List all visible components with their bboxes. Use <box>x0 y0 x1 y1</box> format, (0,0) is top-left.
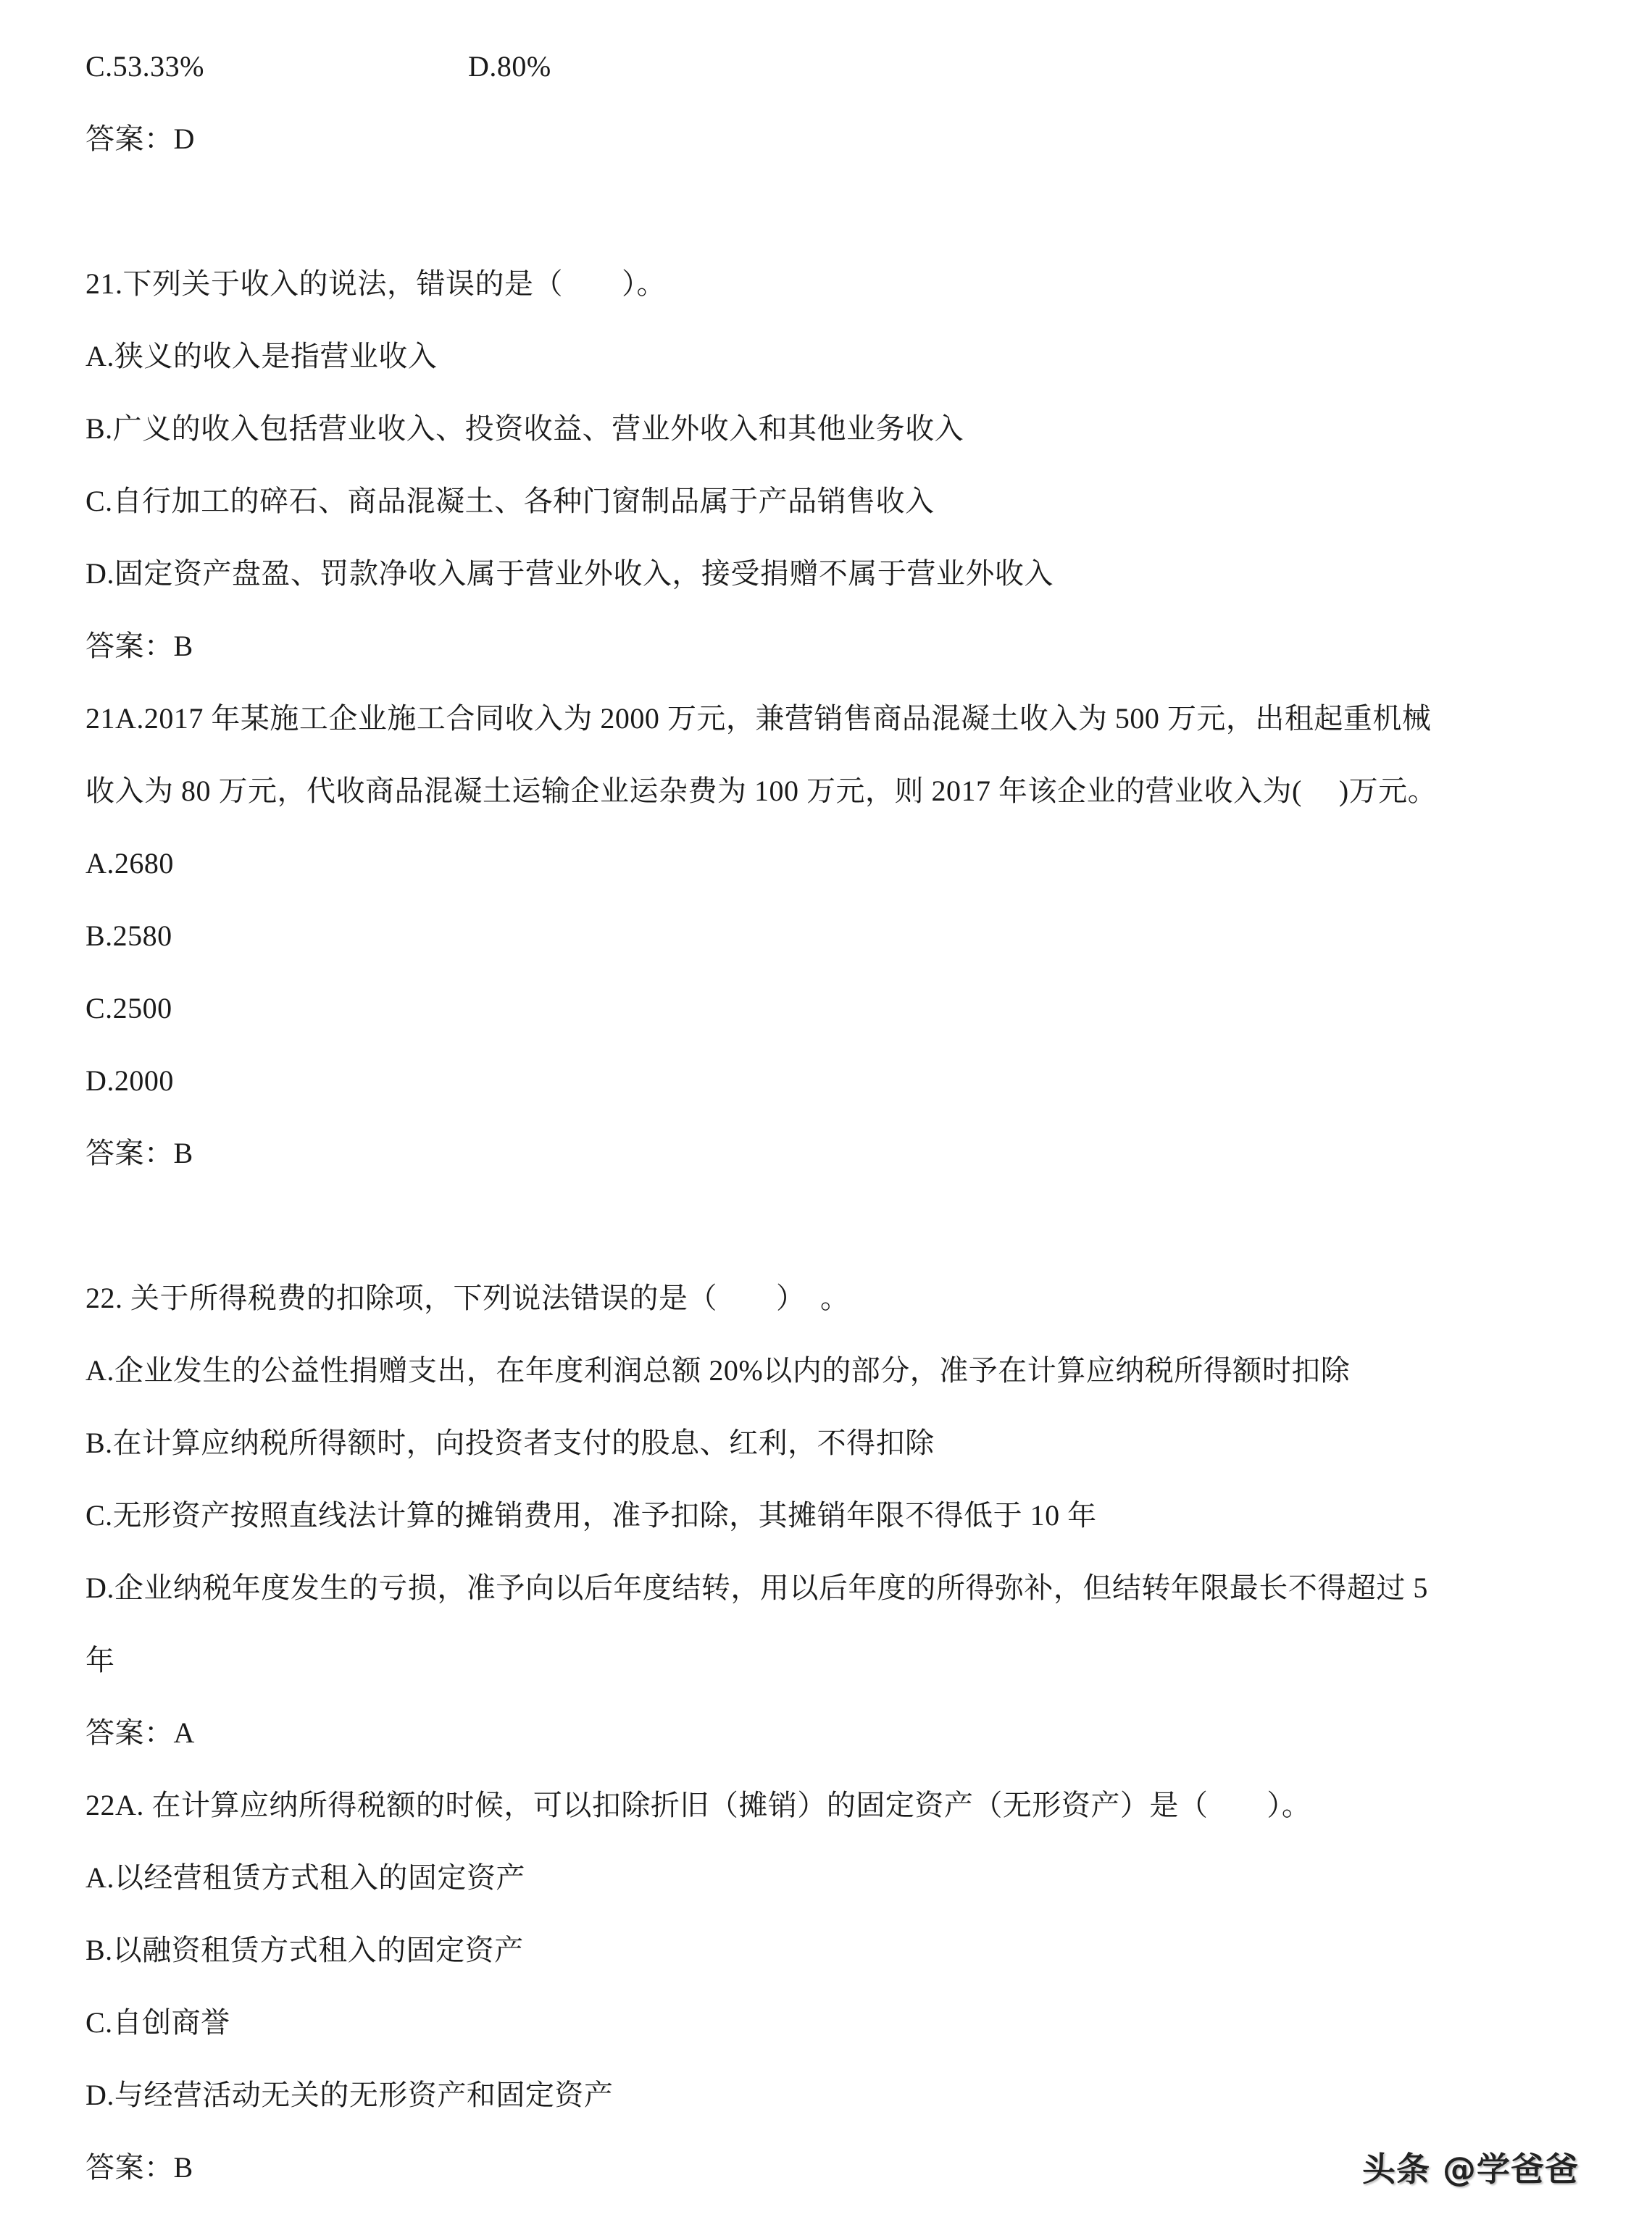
question-21a-option-d: D.2000 <box>85 1059 174 1103</box>
question-21-stem: 21.下列关于收入的说法，错误的是（ ）。 <box>85 262 666 306</box>
question-22-option-a: A.企业发生的公益性捐赠支出，在年度利润总额 20%以内的部分，准予在计算应纳税… <box>85 1349 1350 1393</box>
prev-options-row: C.53.33% D.80% <box>85 45 204 88</box>
option-d: D.80% <box>468 45 551 88</box>
question-22a-stem: 22A. 在计算应纳所得税额的时候，可以扣除折旧（摊销）的固定资产（无形资产）是… <box>85 1784 1311 1827</box>
question-22-option-b: B.在计算应纳税所得额时，向投资者支付的股息、红利，不得扣除 <box>85 1421 935 1465</box>
question-21a-stem-line-1: 21A.2017 年某施工企业施工合同收入为 2000 万元，兼营销售商品混凝土… <box>85 697 1431 740</box>
question-21-option-a: A.狭义的收入是指营业收入 <box>85 335 437 378</box>
question-22a-option-d: D.与经营活动无关的无形资产和固定资产 <box>85 2074 613 2117</box>
question-22a-option-c: C.自创商誉 <box>85 2001 230 2045</box>
prev-answer: 答案：D <box>85 117 195 161</box>
question-21a-option-b: B.2580 <box>85 914 172 958</box>
question-21-option-d: D.固定资产盘盈、罚款净收入属于营业外收入，接受捐赠不属于营业外收入 <box>85 552 1054 596</box>
question-21-option-c: C.自行加工的碎石、商品混凝土、各种门窗制品属于产品销售收入 <box>85 480 935 523</box>
question-22a-answer: 答案：B <box>85 2146 193 2189</box>
watermark: 头条 @学爸爸 <box>1362 2143 1579 2191</box>
question-21a-option-a: A.2680 <box>85 842 174 885</box>
question-22-option-c: C.无形资产按照直线法计算的摊销费用，准予扣除，其摊销年限不得低于 10 年 <box>85 1494 1097 1537</box>
question-22a-option-b: B.以融资租赁方式租入的固定资产 <box>85 1929 524 1972</box>
question-22a-option-a: A.以经营租赁方式租入的固定资产 <box>85 1856 525 1900</box>
option-c: C.53.33% <box>85 50 204 83</box>
question-22-option-d-continuation: 年 <box>85 1639 115 1682</box>
question-21a-option-c: C.2500 <box>85 987 172 1030</box>
question-22-answer: 答案：A <box>85 1711 195 1755</box>
question-22-option-d: D.企业纳税年度发生的亏损，准予向以后年度结转，用以后年度的所得弥补，但结转年限… <box>85 1566 1428 1610</box>
question-21a-stem-line-2: 收入为 80 万元，代收商品混凝土运输企业运杂费为 100 万元，则 2017 … <box>85 769 1437 813</box>
question-22-stem: 22. 关于所得税费的扣除项，下列说法错误的是（ ） 。 <box>85 1277 850 1320</box>
question-21a-answer: 答案：B <box>85 1132 193 1175</box>
question-21-answer: 答案：B <box>85 625 193 668</box>
question-21-option-b: B.广义的收入包括营业收入、投资收益、营业外收入和其他业务收入 <box>85 407 964 451</box>
